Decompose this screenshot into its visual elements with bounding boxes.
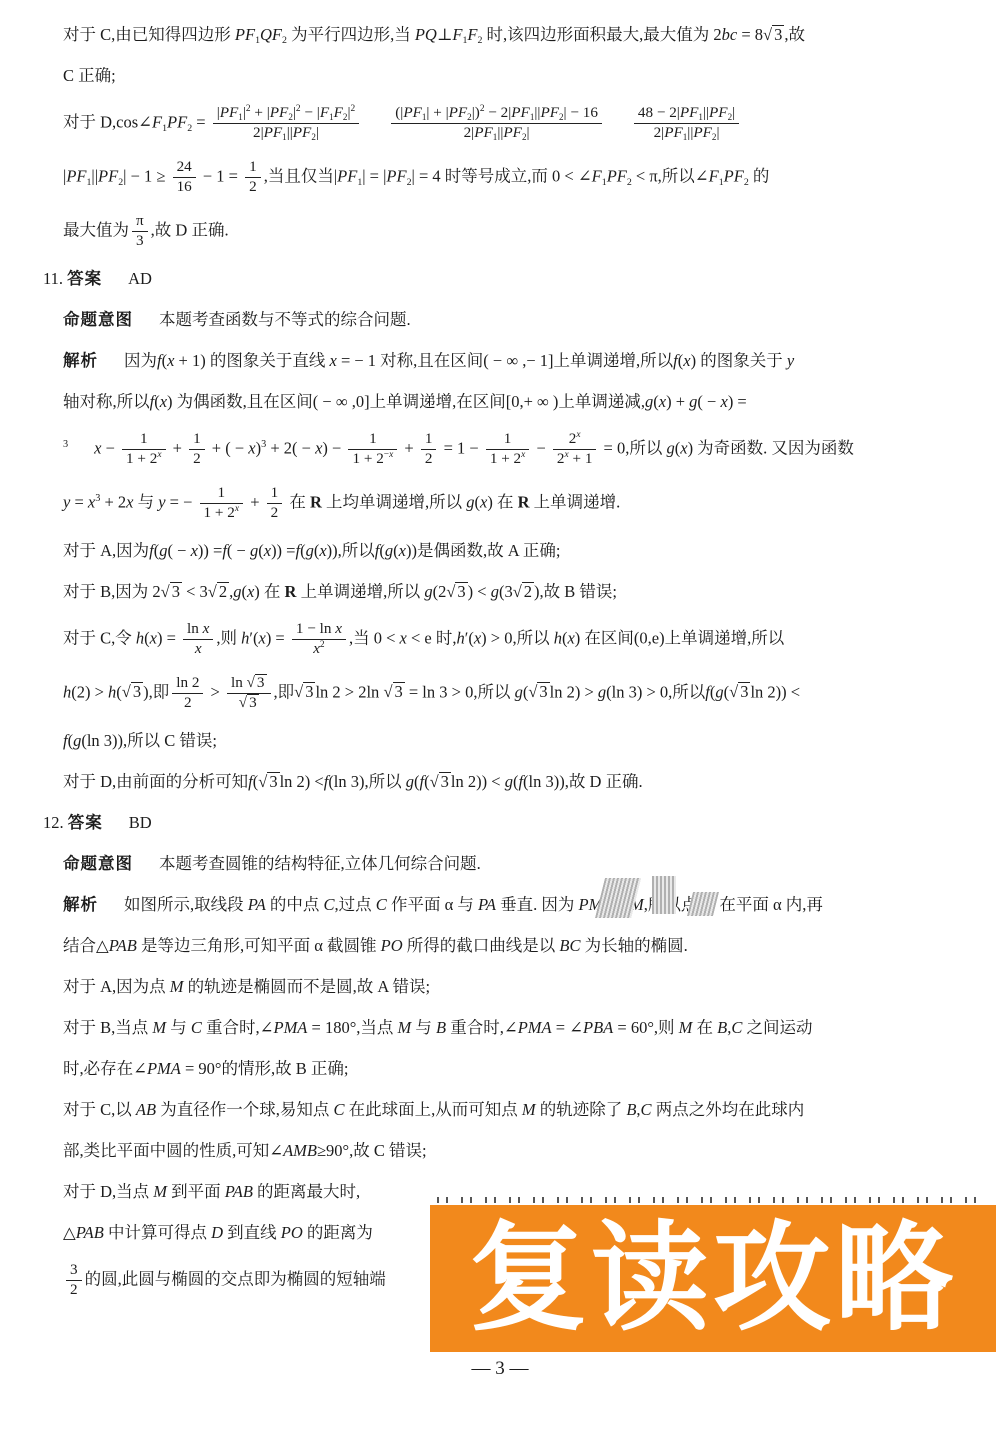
text-line: y = x3 + 2x 与 y = − 11 + 2x + 12 在 R 上均单…	[63, 484, 968, 523]
text-line: 对于 A,因为点 M 的轨迹是椭圆而不是圆,故 A 错误;	[63, 974, 968, 1000]
text-line: C 正确;	[63, 63, 968, 89]
text-line: 11. 答案AD	[43, 266, 968, 292]
watermark-banner: 复读攻略	[430, 1205, 996, 1352]
text-line: 对于 C,以 AB 为直径作一个球,易知点 C 在此球面上,从而可知点 M 的轨…	[63, 1097, 968, 1123]
text-line: 对于 B,当点 M 与 C 重合时,∠PMA = 180°,当点 M 与 B 重…	[63, 1015, 968, 1041]
text-line: h(2) > h(√3),即ln 22 > ln √3√3,即√3ln 2 > …	[63, 674, 968, 713]
text-line: |PF1||PF2| − 1 ≥ 2416 − 1 = 12,当且仅当|PF1|…	[63, 158, 968, 197]
text-line: 解析因为f(x + 1) 的图象关于直线 x = − 1 对称,且在区间( − …	[63, 348, 968, 374]
text-line: 解析如图所示,取线段 PA 的中点 C,过点 C 作平面 α 与 PA 垂直. …	[63, 892, 968, 918]
text-line: 时,必存在∠PMA = 90°的情形,故 B 正确;	[63, 1056, 968, 1082]
document-body: 对于 C,由已知得四边形 PF1QF2 为平行四边形,当 PQ⊥F1F2 时,该…	[63, 22, 968, 1315]
gray-watermark-mark	[652, 876, 676, 914]
page-number: — 3 —	[0, 1358, 1000, 1380]
text-line: 命题意图本题考查函数与不等式的综合问题.	[63, 307, 968, 333]
text-line: 对于 C,令 h(x) = ln xx,则 h′(x) = 1 − ln xx2…	[63, 620, 968, 659]
text-line: 结合△PAB 是等边三角形,可知平面 α 截圆锥 PO 所得的截口曲线是以 BC…	[63, 933, 968, 959]
text-line: 对于 A,因为f(g( − x)) =f( − g(x)) =f(g(x)),所…	[63, 538, 968, 564]
answer-key-page: { "colors": { "banner_bg": "#F2891C", "b…	[0, 0, 1000, 1456]
text-line: 部,类比平面中圆的性质,可知∠AMB≥90°,故 C 错误;	[63, 1138, 968, 1164]
obscured-text-fragment	[437, 1197, 985, 1203]
text-line: 轴对称,所以f(x) 为偶函数,且在区间( − ∞ ,0]上单调递增,在区间[0…	[63, 389, 968, 415]
text-line: 对于 D,cos∠F1PF2 = |PF1|2 + |PF2|2 − |F1F2…	[63, 104, 968, 143]
text-line: 最大值为π3,故 D 正确.	[63, 212, 968, 251]
text-line: 对于 D,由前面的分析可知f(√3ln 2) <f(ln 3),所以 g(f(√…	[63, 769, 968, 795]
text-line: 命题意图本题考查圆锥的结构特征,立体几何综合问题.	[63, 851, 968, 877]
text-line: 对于 B,因为 2√3 < 3√2,g(x) 在 R 上单调递增,所以 g(2√…	[63, 579, 968, 605]
watermark-text: 复读攻略	[469, 1220, 957, 1338]
text-line: f(g(ln 3)),所以 C 错误;	[63, 728, 968, 754]
text-line: 12. 答案BD	[43, 810, 968, 836]
text-line: 对于 C,由已知得四边形 PF1QF2 为平行四边形,当 PQ⊥F1F2 时,该…	[63, 22, 968, 48]
text-line: 3x − 11 + 2x + 12 + ( − x)3 + 2( − x) − …	[63, 430, 968, 469]
